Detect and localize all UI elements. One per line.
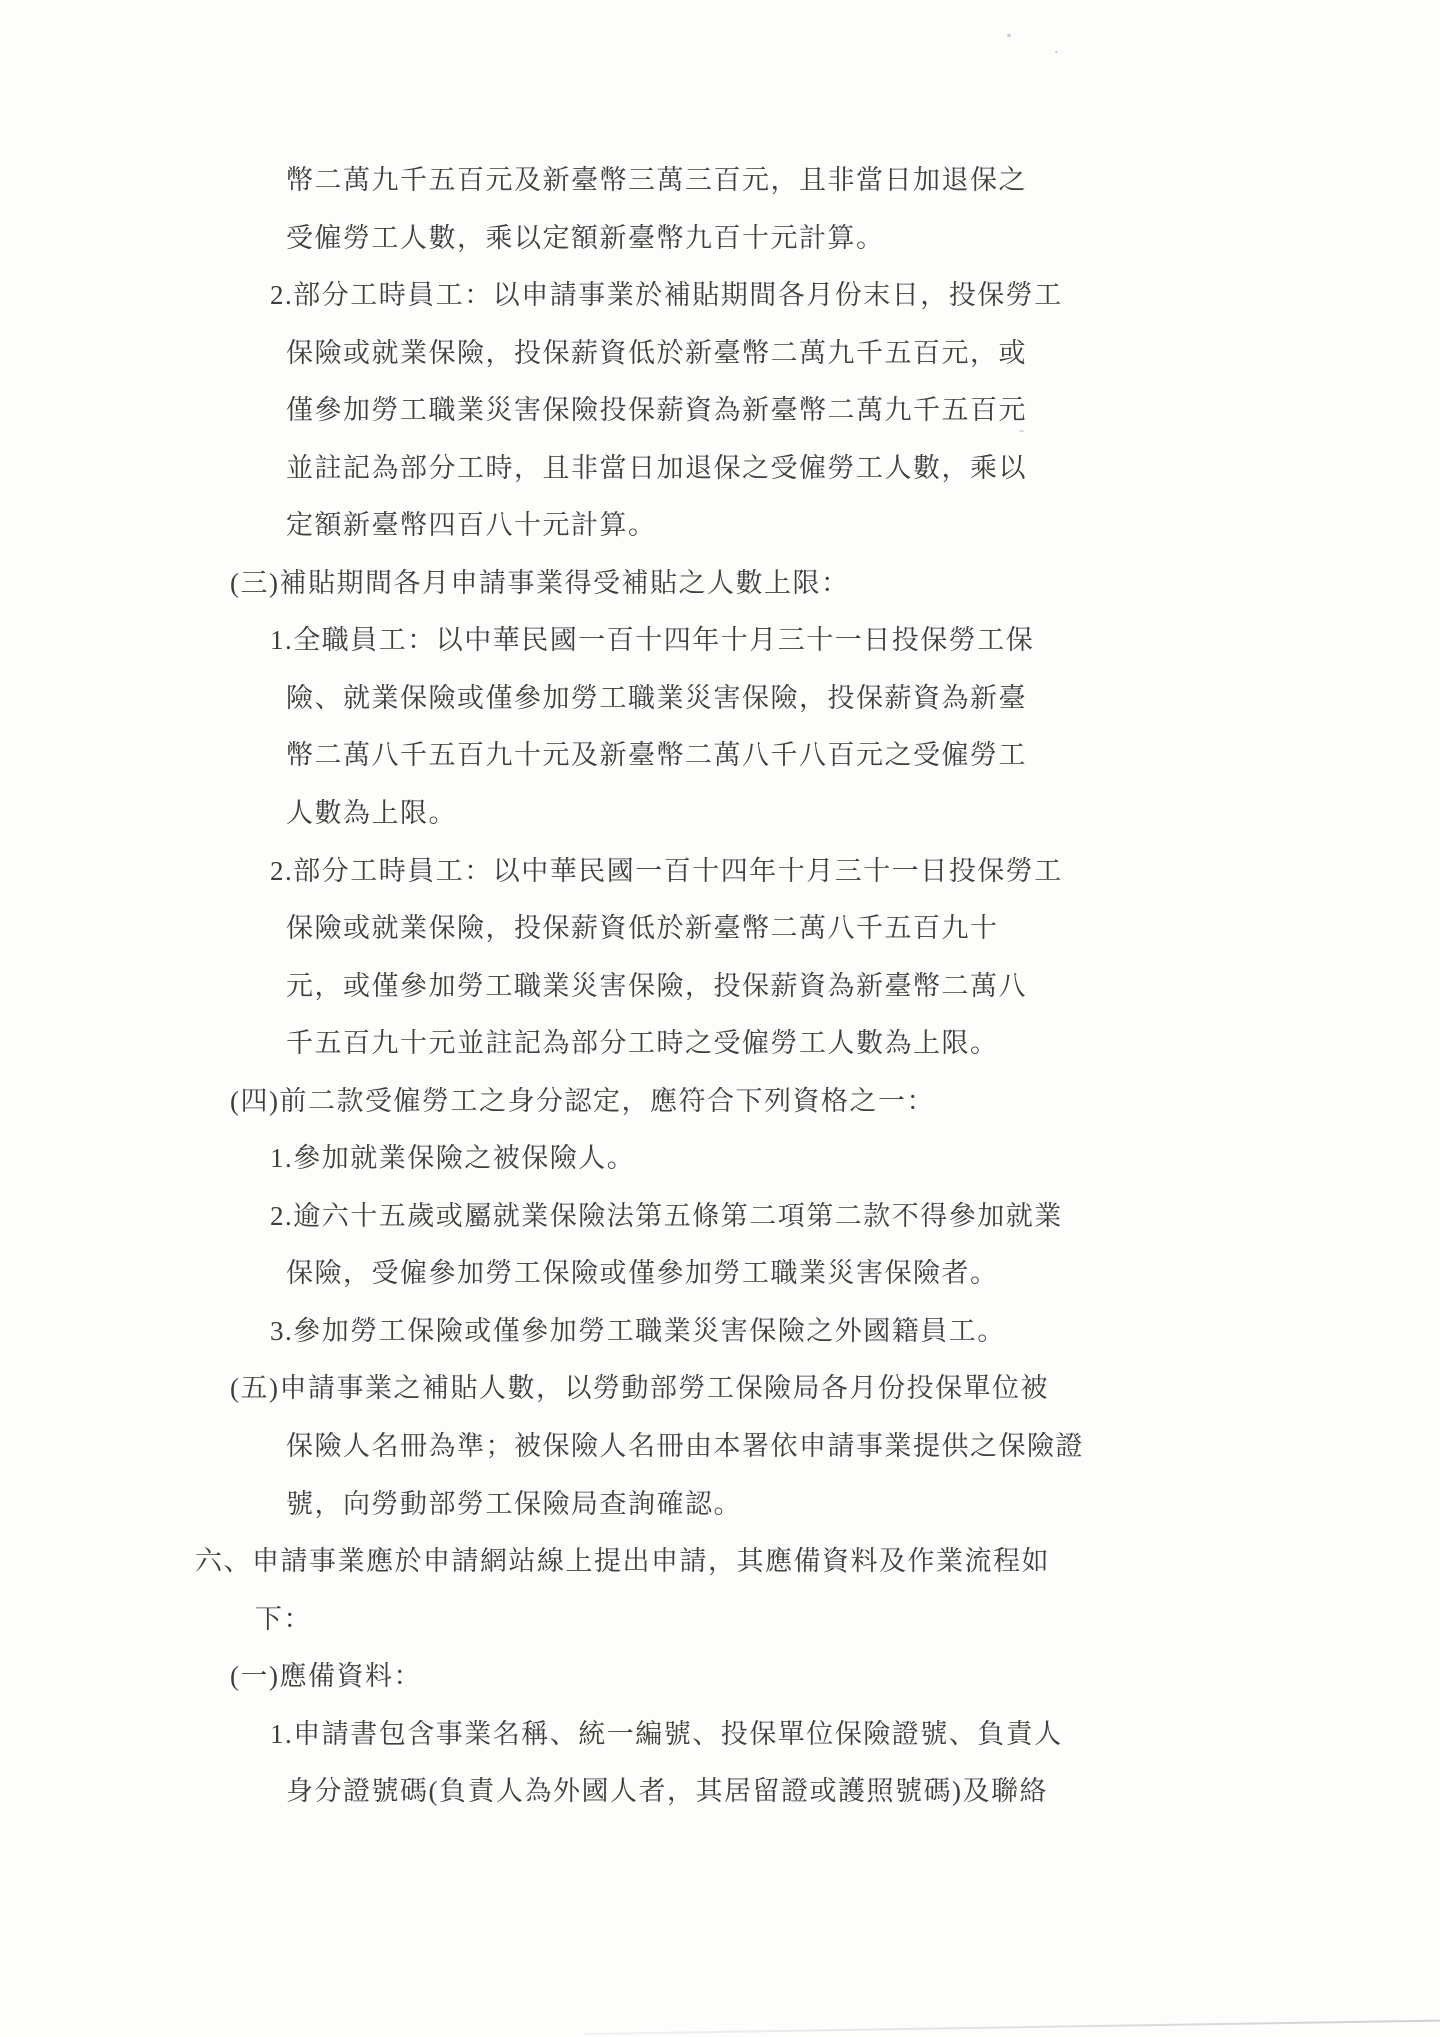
document-page: 幣二萬九千五百元及新臺幣三萬三百元，且非當日加退保之受僱勞工人數，乘以定額新臺幣… — [0, 0, 1440, 2037]
text-line-12: 人數為上限。 — [286, 785, 1095, 843]
text-line-17: (四)前二款受僱勞工之身分認定，應符合下列資格之一： — [230, 1073, 1095, 1131]
document-text-block: 幣二萬九千五百元及新臺幣三萬三百元，且非當日加退保之受僱勞工人數，乘以定額新臺幣… — [195, 152, 1095, 1821]
text-line-8: (三)補貼期間各月申請事業得受補貼之人數上限： — [230, 555, 1095, 613]
scan-edge-artifact — [585, 2019, 1440, 2035]
text-line-27: (一)應備資料： — [230, 1648, 1095, 1706]
text-line-16: 千五百九十元並註記為部分工時之受僱勞工人數為上限。 — [286, 1015, 1095, 1073]
text-line-1: 幣二萬九千五百元及新臺幣三萬三百元，且非當日加退保之 — [286, 152, 1095, 210]
text-line-2: 受僱勞工人數，乘以定額新臺幣九百十元計算。 — [286, 210, 1095, 268]
text-line-10: 險、就業保險或僅參加勞工職業災害保險，投保薪資為新臺 — [286, 670, 1095, 728]
text-line-25: 六、申請事業應於申請網站線上提出申請，其應備資料及作業流程如 — [195, 1533, 1095, 1591]
text-line-13: 2.部分工時員工：以中華民國一百十四年十月三十一日投保勞工 — [270, 843, 1095, 901]
text-line-6: 並註記為部分工時，且非當日加退保之受僱勞工人數，乘以 — [286, 440, 1095, 498]
text-line-23: 保險人名冊為準；被保險人名冊由本署依申請事業提供之保險證 — [286, 1418, 1095, 1476]
text-line-3: 2.部分工時員工：以申請事業於補貼期間各月份末日，投保勞工 — [270, 267, 1095, 325]
text-line-20: 保險，受僱參加勞工保險或僅參加勞工職業災害保險者。 — [286, 1245, 1095, 1303]
scan-speck — [1019, 430, 1024, 432]
text-line-18: 1.參加就業保險之被保險人。 — [270, 1130, 1095, 1188]
scan-speck — [1055, 51, 1058, 53]
text-line-7: 定額新臺幣四百八十元計算。 — [286, 497, 1095, 555]
text-line-5: 僅參加勞工職業災害保險投保薪資為新臺幣二萬九千五百元 — [286, 382, 1095, 440]
text-line-4: 保險或就業保險，投保薪資低於新臺幣二萬九千五百元，或 — [286, 325, 1095, 383]
text-line-21: 3.參加勞工保險或僅參加勞工職業災害保險之外國籍員工。 — [270, 1303, 1095, 1361]
text-line-15: 元，或僅參加勞工職業災害保險，投保薪資為新臺幣二萬八 — [286, 958, 1095, 1016]
text-line-22: (五)申請事業之補貼人數，以勞動部勞工保險局各月份投保單位被 — [230, 1360, 1095, 1418]
text-line-26: 下： — [255, 1591, 1095, 1649]
text-line-11: 幣二萬八千五百九十元及新臺幣二萬八千八百元之受僱勞工 — [286, 727, 1095, 785]
text-line-24: 號，向勞動部勞工保險局查詢確認。 — [286, 1476, 1095, 1534]
scan-speck — [1007, 34, 1011, 37]
text-line-14: 保險或就業保險，投保薪資低於新臺幣二萬八千五百九十 — [286, 900, 1095, 958]
text-line-9: 1.全職員工：以中華民國一百十四年十月三十一日投保勞工保 — [270, 612, 1095, 670]
text-line-29: 身分證號碼(負責人為外國人者，其居留證或護照號碼)及聯絡 — [286, 1763, 1095, 1821]
text-line-28: 1.申請書包含事業名稱、統一編號、投保單位保險證號、負責人 — [270, 1706, 1095, 1764]
text-line-19: 2.逾六十五歲或屬就業保險法第五條第二項第二款不得參加就業 — [270, 1188, 1095, 1246]
